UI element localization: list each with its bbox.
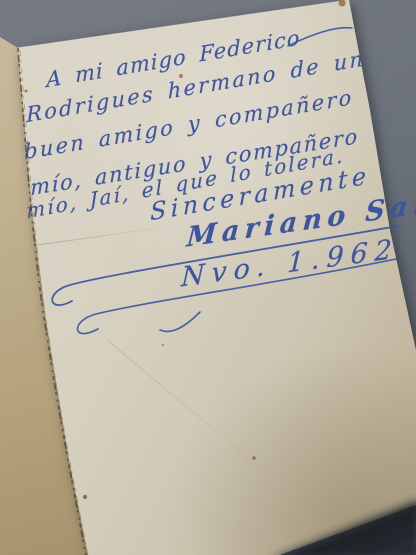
handwritten-inscription: A mi amigo Federico Rodrigues hermano de… [0, 0, 416, 555]
book-photo: A mi amigo Federico Rodrigues hermano de… [0, 0, 416, 555]
